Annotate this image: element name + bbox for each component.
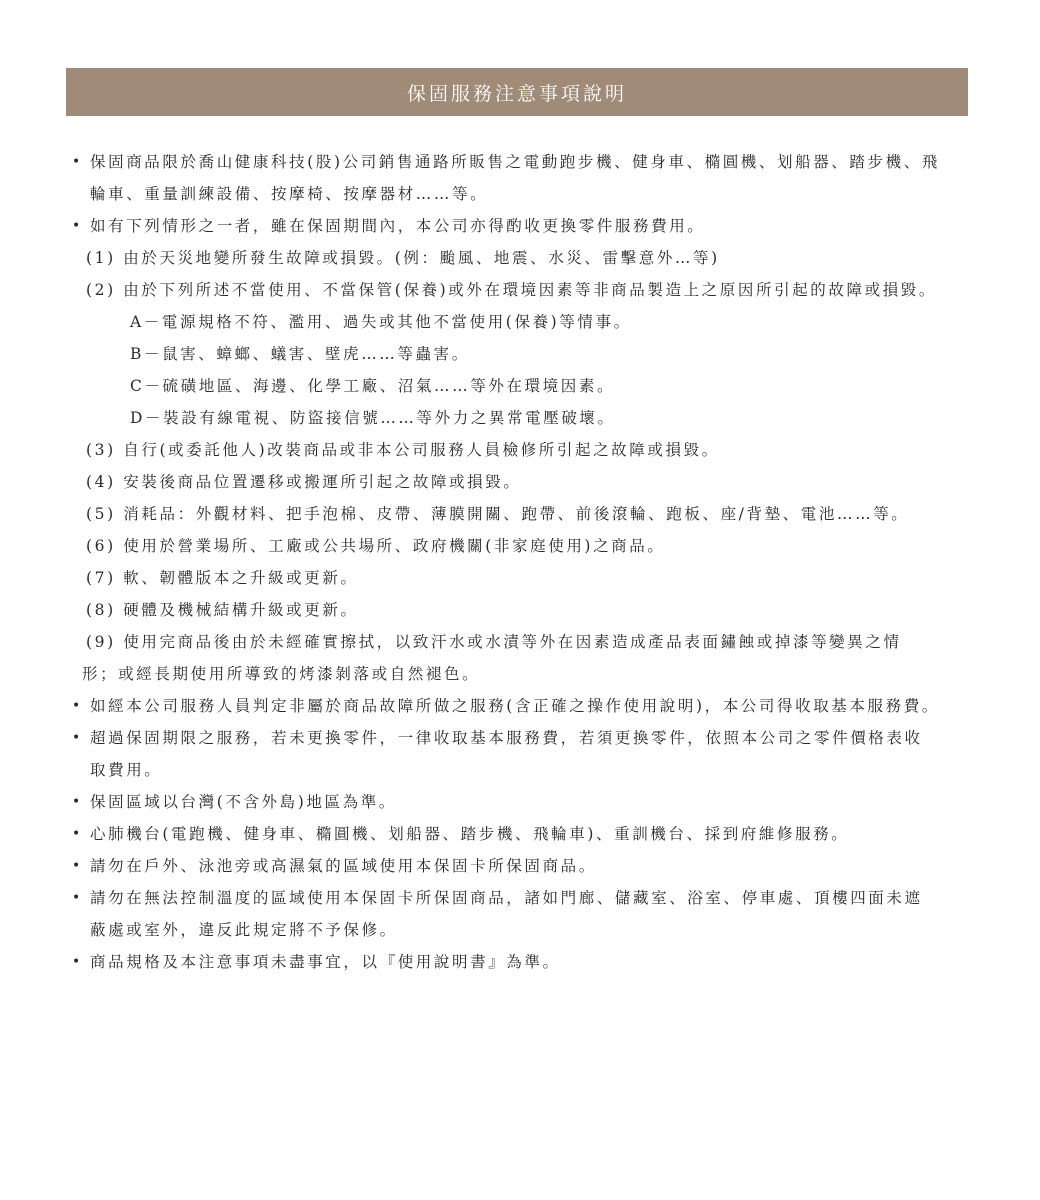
sub-item-text: (3) 自行(或委託他人)改裝商品或非本公司服務人員檢修所引起之故障或損毀。 — [86, 441, 720, 459]
sub-sub-item-text: C－硫磺地區、海邊、化學工廠、沼氣……等外在環境因素。 — [130, 377, 615, 395]
bullet-icon: • — [72, 882, 83, 914]
sub-item-text: (5) 消耗品：外觀材料、把手泡棉、皮帶、薄膜開關、跑帶、前後滾輪、跑板、座/背… — [86, 505, 909, 523]
sub-sub-item-text: A－電源規格不符、濫用、過失或其他不當使用(保養)等情事。 — [130, 313, 632, 331]
bullet-icon: • — [72, 818, 83, 850]
list-item-continuation: 輪車、重量訓練設備、按摩椅、按摩器材……等。 — [66, 178, 976, 210]
list-item-text: 商品規格及本注意事項未盡事宜，以『使用說明書』為準。 — [90, 953, 561, 971]
list-item-continuation: 蔽處或室外，違反此規定將不予保修。 — [66, 914, 976, 946]
bullet-icon: • — [72, 850, 83, 882]
list-item-text: 心肺機台(電跑機、健身車、橢圓機、划船器、踏步機、飛輪車)、重訓機台、採到府維修… — [90, 825, 849, 843]
sub-item-text: (2) 由於下列所述不當使用、不當保管(保養)或外在環境因素等非商品製造上之原因… — [86, 281, 937, 299]
list-item: • 保固區域以台灣(不含外島)地區為準。 — [66, 786, 976, 818]
list-item: • 心肺機台(電跑機、健身車、橢圓機、划船器、踏步機、飛輪車)、重訓機台、採到府… — [66, 818, 976, 850]
list-item-text: 如經本公司服務人員判定非屬於商品故障所做之服務(含正確之操作使用說明)，本公司得… — [90, 697, 940, 715]
bullet-icon: • — [72, 210, 83, 242]
list-item: • 商品規格及本注意事項未盡事宜，以『使用說明書』為準。 — [66, 946, 976, 978]
list-item: • 如經本公司服務人員判定非屬於商品故障所做之服務(含正確之操作使用說明)，本公… — [66, 690, 976, 722]
sub-item: (5) 消耗品：外觀材料、把手泡棉、皮帶、薄膜開關、跑帶、前後滾輪、跑板、座/背… — [66, 498, 976, 530]
sub-item-text: (7) 軟、韌體版本之升級或更新。 — [86, 569, 359, 587]
sub-item-text: (4) 安裝後商品位置遷移或搬運所引起之故障或損毀。 — [86, 473, 521, 491]
sub-item-text: 形；或經長期使用所導致的烤漆剝落或自然褪色。 — [82, 665, 480, 683]
sub-item: (8) 硬體及機械結構升級或更新。 — [66, 594, 976, 626]
sub-item-text: (6) 使用於營業場所、工廠或公共場所、政府機關(非家庭使用)之商品。 — [86, 537, 665, 555]
bullet-icon: • — [72, 786, 83, 818]
sub-sub-item-text: D－裝設有線電視、防盜接信號……等外力之異常電壓破壞。 — [130, 409, 616, 427]
bullet-icon: • — [72, 690, 83, 722]
sub-sub-item: D－裝設有線電視、防盜接信號……等外力之異常電壓破壞。 — [66, 402, 976, 434]
sub-item: (4) 安裝後商品位置遷移或搬運所引起之故障或損毀。 — [66, 466, 976, 498]
list-item: • 請勿在無法控制溫度的區域使用本保固卡所保固商品，諸如門廊、儲藏室、浴室、停車… — [66, 882, 976, 914]
sub-item: (2) 由於下列所述不當使用、不當保管(保養)或外在環境因素等非商品製造上之原因… — [66, 274, 976, 306]
list-item-text: 超過保固期限之服務，若未更換零件，一律收取基本服務費，若須更換零件，依照本公司之… — [90, 729, 923, 747]
sub-item: (7) 軟、韌體版本之升級或更新。 — [66, 562, 976, 594]
list-item-text: 保固區域以台灣(不含外島)地區為準。 — [90, 793, 397, 811]
sub-item-text: (8) 硬體及機械結構升級或更新。 — [86, 601, 359, 619]
bullet-icon: • — [72, 722, 83, 754]
sub-sub-item: A－電源規格不符、濫用、過失或其他不當使用(保養)等情事。 — [66, 306, 976, 338]
bullet-icon: • — [72, 146, 83, 178]
list-item-continuation: 取費用。 — [66, 754, 976, 786]
page-title: 保固服務注意事項說明 — [407, 79, 627, 106]
sub-sub-item-text: B－鼠害、蟑螂、蟻害、壁虎……等蟲害。 — [130, 345, 470, 363]
list-item-text: 取費用。 — [90, 761, 162, 779]
notice-list: • 保固商品限於喬山健康科技(股)公司銷售通路所販售之電動跑步機、健身車、橢圓機… — [66, 146, 976, 978]
list-item-text: 輪車、重量訓練設備、按摩椅、按摩器材……等。 — [90, 185, 488, 203]
sub-item: (6) 使用於營業場所、工廠或公共場所、政府機關(非家庭使用)之商品。 — [66, 530, 976, 562]
list-item-text: 蔽處或室外，違反此規定將不予保修。 — [90, 921, 398, 939]
list-item: • 保固商品限於喬山健康科技(股)公司銷售通路所販售之電動跑步機、健身車、橢圓機… — [66, 146, 976, 178]
list-item: • 超過保固期限之服務，若未更換零件，一律收取基本服務費，若須更換零件，依照本公… — [66, 722, 976, 754]
sub-item-text: (1) 由於天災地變所發生故障或損毀。(例：颱風、地震、水災、雷擊意外…等) — [86, 249, 720, 267]
sub-item: (3) 自行(或委託他人)改裝商品或非本公司服務人員檢修所引起之故障或損毀。 — [66, 434, 976, 466]
list-item-text: 保固商品限於喬山健康科技(股)公司銷售通路所販售之電動跑步機、健身車、橢圓機、划… — [90, 153, 940, 171]
list-item: • 如有下列情形之一者，雖在保固期間內，本公司亦得酌收更換零件服務費用。 — [66, 210, 976, 242]
list-item-text: 如有下列情形之一者，雖在保固期間內，本公司亦得酌收更換零件服務費用。 — [90, 217, 705, 235]
sub-item: (1) 由於天災地變所發生故障或損毀。(例：颱風、地震、水災、雷擊意外…等) — [66, 242, 976, 274]
header-band: 保固服務注意事項說明 — [66, 68, 968, 116]
list-item-text: 請勿在戶外、泳池旁或高濕氣的區域使用本保固卡所保固商品。 — [90, 857, 597, 875]
bullet-icon: • — [72, 946, 83, 978]
sub-item: (9) 使用完商品後由於未經確實擦拭，以致汗水或水漬等外在因素造成產品表面鏽蝕或… — [66, 626, 976, 658]
list-item-text: 請勿在無法控制溫度的區域使用本保固卡所保固商品，諸如門廊、儲藏室、浴室、停車處、… — [90, 889, 923, 907]
sub-item-continuation: 形；或經長期使用所導致的烤漆剝落或自然褪色。 — [66, 658, 976, 690]
sub-item-text: (9) 使用完商品後由於未經確實擦拭，以致汗水或水漬等外在因素造成產品表面鏽蝕或… — [86, 633, 902, 651]
sub-sub-item: B－鼠害、蟑螂、蟻害、壁虎……等蟲害。 — [66, 338, 976, 370]
sub-sub-item: C－硫磺地區、海邊、化學工廠、沼氣……等外在環境因素。 — [66, 370, 976, 402]
list-item: • 請勿在戶外、泳池旁或高濕氣的區域使用本保固卡所保固商品。 — [66, 850, 976, 882]
